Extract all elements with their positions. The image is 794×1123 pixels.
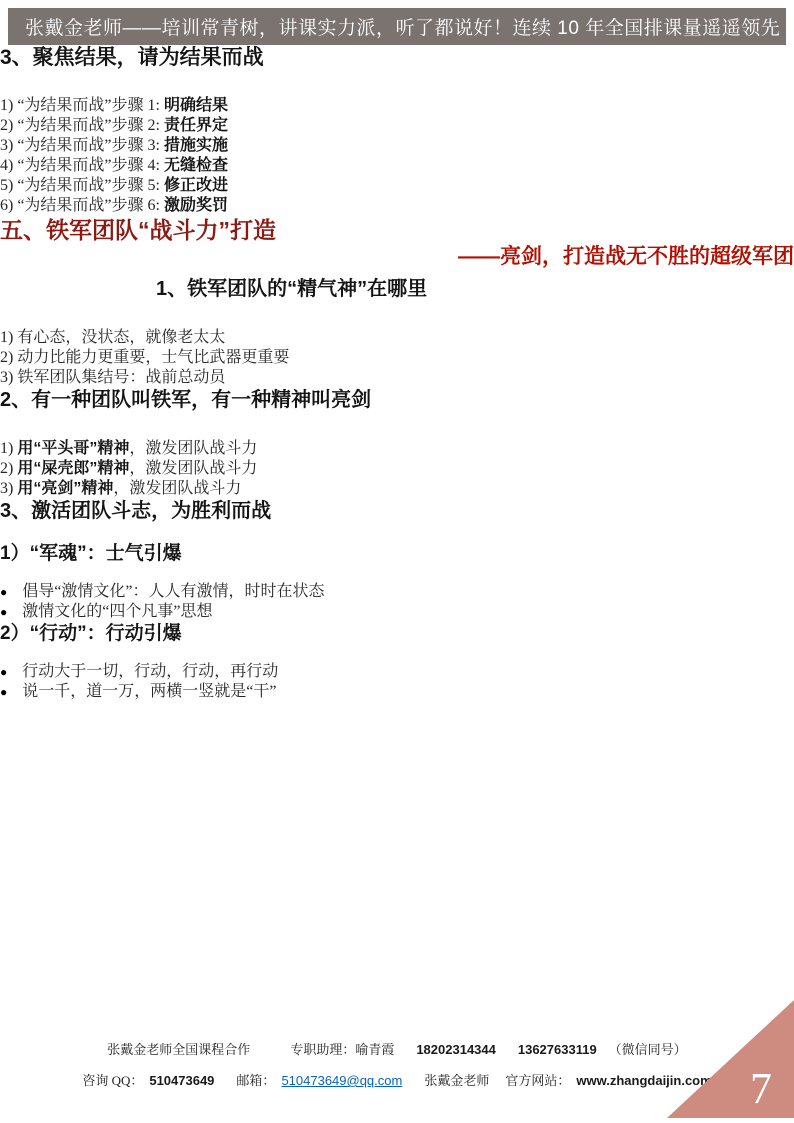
teacher-name: 张戴金老师: [424, 1070, 489, 1089]
sub1-item: 2) 动力比能力更重要，士气比武器更重要: [0, 348, 794, 368]
result-step-item: 4) “为结果而战”步骤 4: 无缝检查: [0, 156, 794, 176]
header-banner: 张戴金老师——培训常青树，讲课实力派，听了都说好！ 连续 10 年全国排课量遥遥…: [8, 8, 786, 45]
document-page: 张戴金老师——培训常青树，讲课实力派，听了都说好！ 连续 10 年全国排课量遥遥…: [0, 0, 794, 1123]
result-step-item: 6) “为结果而战”步骤 6: 激励奖罚: [0, 196, 794, 216]
footer-line-1: 张戴金老师全国课程合作 专职助理：喻青霞 18202314344 1362763…: [0, 1039, 794, 1058]
email-label: 邮箱：: [236, 1070, 275, 1089]
bullet-item: ●说一千，道一万，两横一竖就是“干”: [0, 682, 794, 702]
bullet-dot-icon: ●: [0, 662, 7, 682]
qq-number: 510473649: [149, 1073, 214, 1088]
bullet-item: ●倡导“激情文化”：人人有激情，时时在状态: [0, 582, 794, 602]
block-1-heading: 1）“军魂”：士气引爆: [0, 542, 794, 566]
website-label: 官方网站：: [505, 1070, 570, 1089]
document-body: 3、聚焦结果，请为结果而战 1) “为结果而战”步骤 1: 明确结果 2) “为…: [0, 45, 794, 702]
result-step-item: 1) “为结果而战”步骤 1: 明确结果: [0, 96, 794, 116]
cooperation-label: 张戴金老师全国课程合作: [107, 1039, 250, 1058]
qq-contact: 咨询 QQ： 510473649: [82, 1070, 214, 1089]
result-step-item: 2) “为结果而战”步骤 2: 责任界定: [0, 116, 794, 136]
phone-number-2: 13627633119: [518, 1042, 597, 1057]
bullet-dot-icon: ●: [0, 602, 7, 622]
section-five-heading: 五、铁军团队“战斗力”打造: [0, 216, 794, 244]
bullet-item: ●行动大于一切，行动，行动，再行动: [0, 662, 794, 682]
block-2-heading: 2）“行动”：行动引爆: [0, 622, 794, 646]
bullet-dot-icon: ●: [0, 682, 7, 702]
result-step-item: 5) “为结果而战”步骤 5: 修正改进: [0, 176, 794, 196]
bullet-item: ●激情文化的“四个凡事”思想: [0, 602, 794, 622]
sub-section-3-heading: 3、激活团队斗志，为胜利而战: [0, 499, 794, 524]
page-footer: 张戴金老师全国课程合作 专职助理：喻青霞 18202314344 1362763…: [0, 1034, 794, 1089]
phone-number-1: 18202314344: [416, 1042, 496, 1057]
result-section-heading: 3、聚焦结果，请为结果而战: [0, 45, 794, 70]
header-right-text: 连续 10 年全国排课量遥遥领先: [513, 13, 781, 40]
result-step-item: 3) “为结果而战”步骤 3: 措施实施: [0, 136, 794, 156]
header-left-text: 张戴金老师——培训常青树，讲课实力派，听了都说好！: [25, 13, 513, 40]
qq-label: 咨询 QQ：: [82, 1070, 143, 1089]
page-number: 7: [750, 1067, 772, 1111]
wechat-note: （微信同号）: [609, 1039, 687, 1058]
section-five-subtitle: ——亮剑，打造战无不胜的超级军团: [0, 244, 794, 270]
email-link[interactable]: 510473649@qq.com: [281, 1073, 402, 1088]
website-url: www.zhangdaijin.com: [576, 1073, 711, 1088]
sub2-item: 3) 用“亮剑”精神，激发团队战斗力: [0, 479, 794, 499]
sub1-item: 1) 有心态，没状态，就像老太太: [0, 328, 794, 348]
sub2-item: 1) 用“平头哥”精神，激发团队战斗力: [0, 439, 794, 459]
sub-section-1-heading: 1、铁军团队的“精气神”在哪里: [156, 277, 794, 302]
footer-line-2: 咨询 QQ： 510473649 邮箱： 510473649@qq.com 张戴…: [0, 1070, 794, 1089]
assistant-label: 专职助理：喻青霞: [290, 1039, 394, 1058]
email-contact: 邮箱： 510473649@qq.com: [236, 1070, 402, 1089]
sub-section-2-heading: 2、有一种团队叫铁军，有一种精神叫亮剑: [0, 388, 794, 413]
website-contact: 官方网站： www.zhangdaijin.com: [505, 1070, 711, 1089]
bullet-dot-icon: ●: [0, 582, 7, 602]
sub1-item: 3) 铁军团队集结号：战前总动员: [0, 368, 794, 388]
sub2-item: 2) 用“屎壳郎”精神，激发团队战斗力: [0, 459, 794, 479]
